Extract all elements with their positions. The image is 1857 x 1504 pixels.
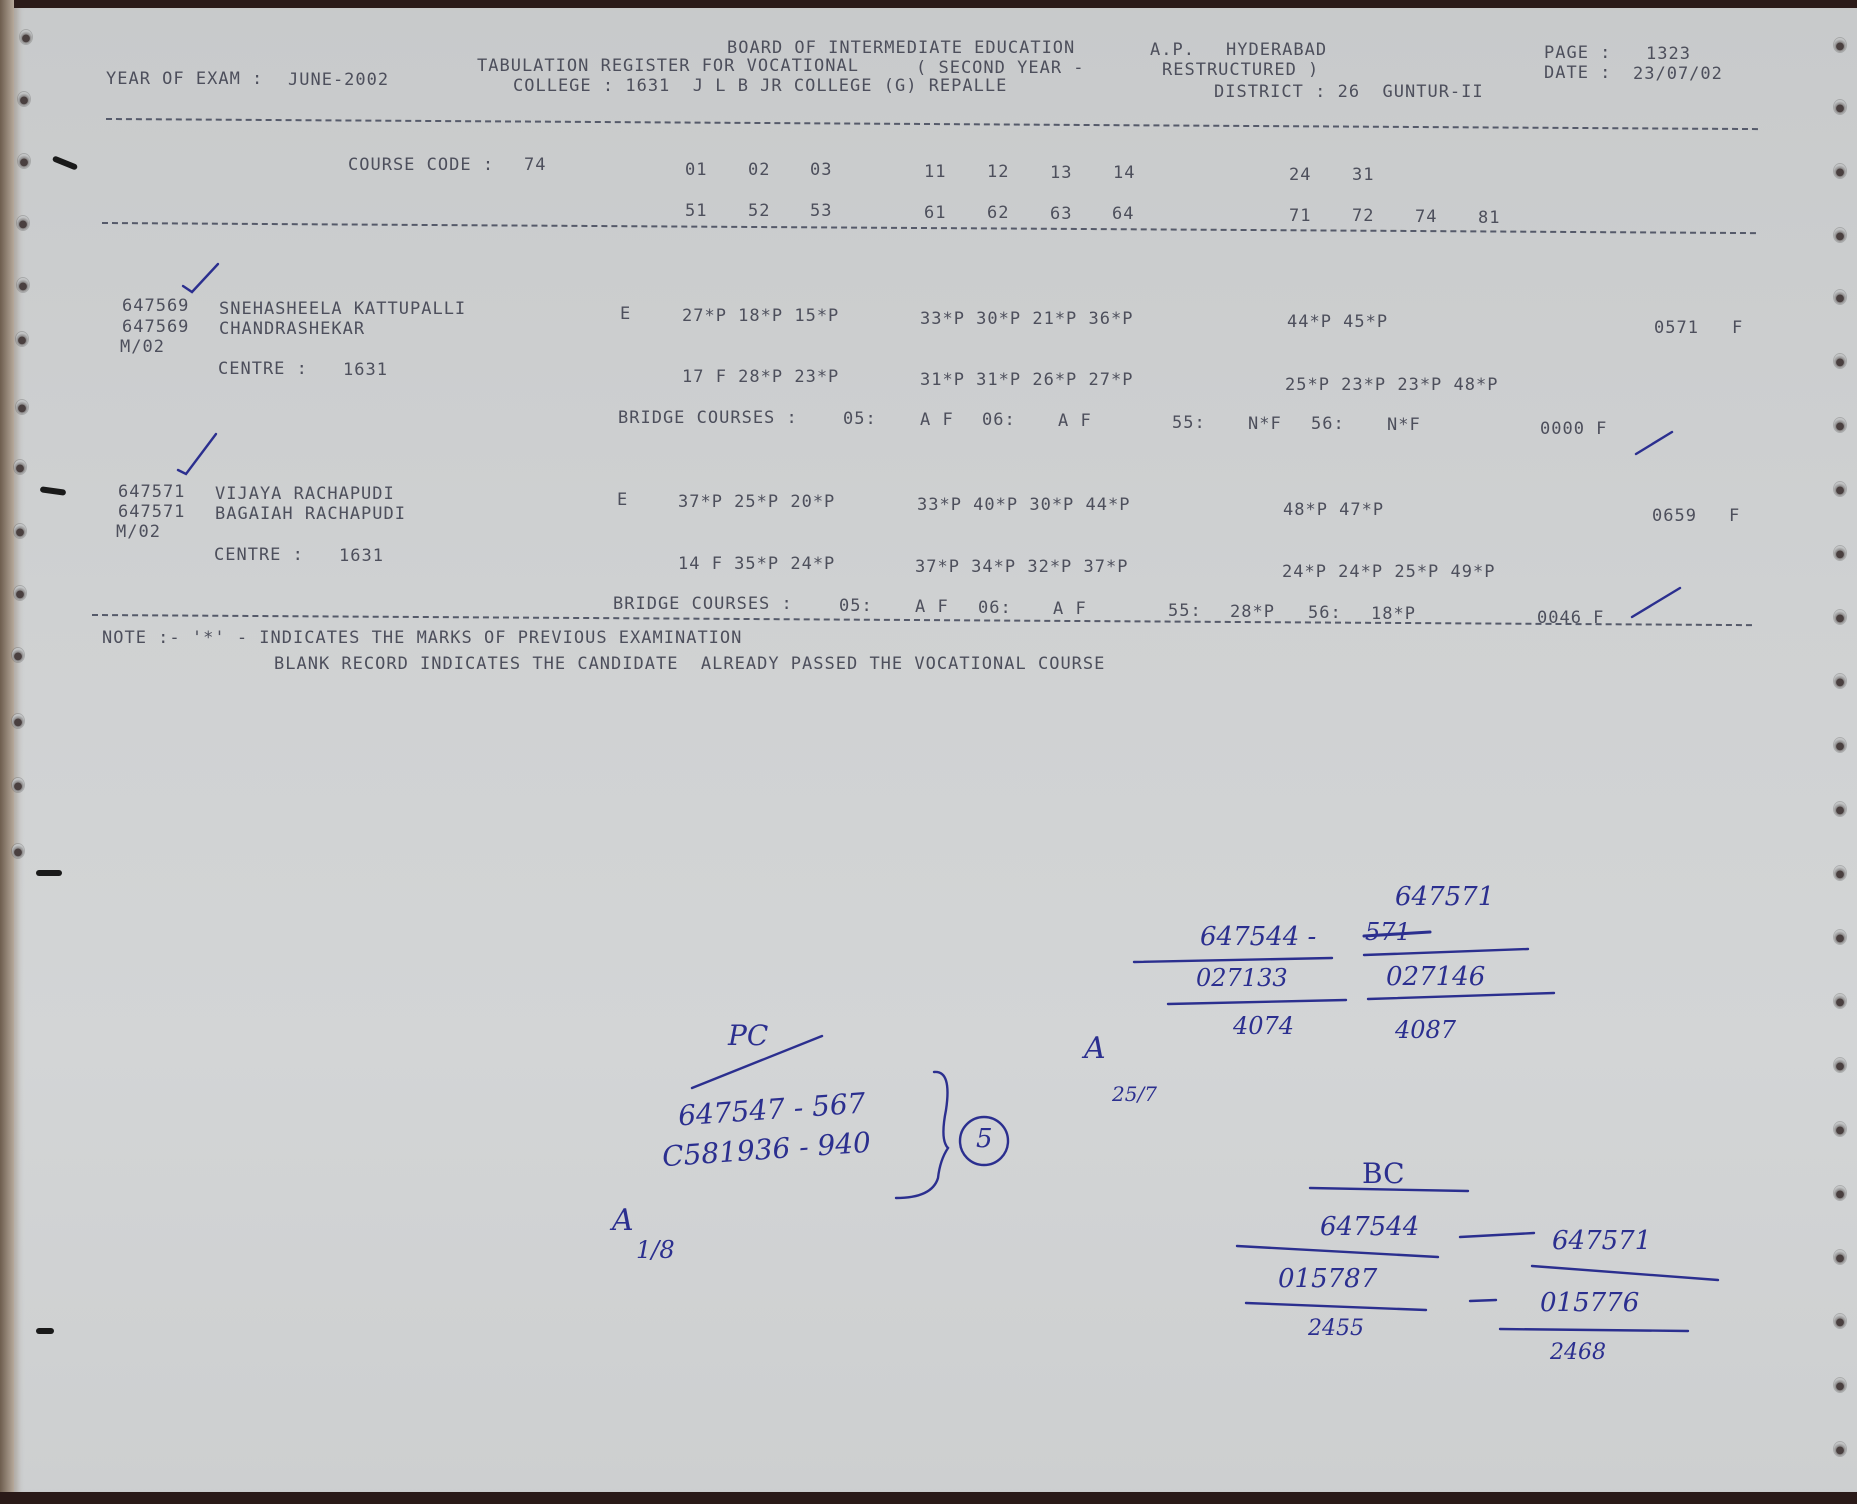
hw-left-mid: 027133 (1196, 966, 1288, 990)
hw-right-total: 4087 (1395, 1018, 1456, 1042)
hw-left-total: 2455 (1308, 1318, 1364, 1340)
hw-above: 647571 (1395, 884, 1494, 910)
hw-date: 25/7 (1112, 1084, 1157, 1104)
pen-annotations (0, 0, 1857, 1504)
tick-icon (1632, 588, 1680, 617)
hw-date: 1/8 (636, 1238, 675, 1262)
hw-left-num: 647544 - (1200, 924, 1316, 950)
hw-initials: A (612, 1206, 634, 1236)
hw-left-total: 4074 (1233, 1014, 1294, 1038)
hw-heading: PC (728, 1022, 768, 1050)
hw-left-mid: 015787 (1278, 1266, 1377, 1292)
hw-heading: BC (1362, 1160, 1405, 1188)
hw-initials: A (1084, 1034, 1106, 1064)
check-icon (183, 264, 218, 292)
bottom-edge (0, 1492, 1857, 1504)
hw-struck: 571 (1365, 920, 1411, 944)
hw-right-mid: 027146 (1386, 964, 1485, 990)
tick-icon (1636, 432, 1672, 454)
hw-right-mid: 015776 (1540, 1290, 1639, 1316)
hw-circled: 5 (976, 1126, 993, 1152)
hw-right-num: 647571 (1552, 1228, 1651, 1254)
hw-right-total: 2468 (1550, 1342, 1606, 1364)
check-icon (178, 434, 216, 474)
hw-left-num: 647544 (1320, 1214, 1419, 1240)
